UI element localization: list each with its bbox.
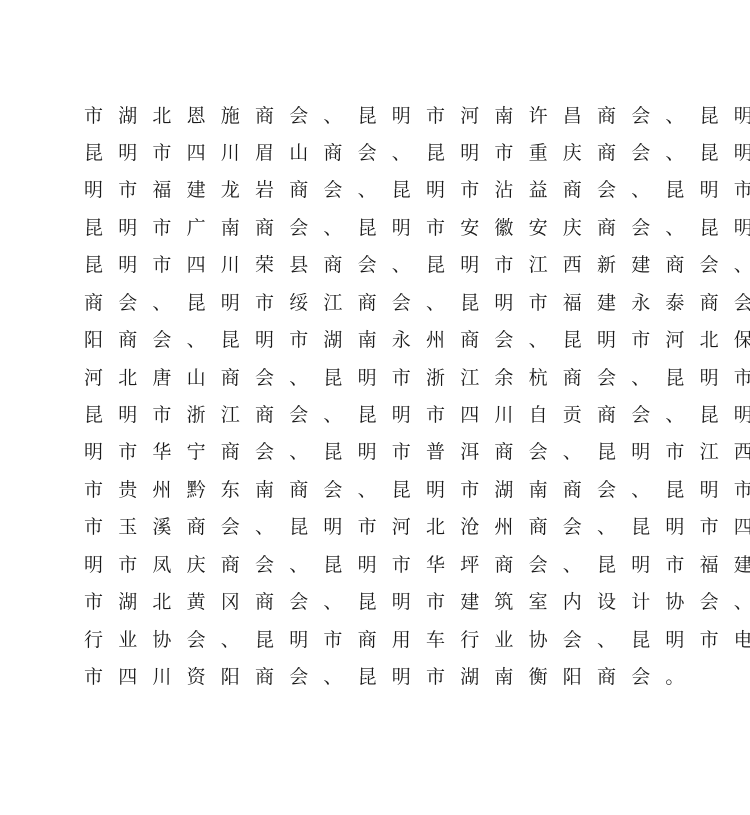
text-line: 明市福建龙岩商会、昆明市沾益商会、昆明市福建闽清商会、 (84, 178, 684, 202)
text-line: 市玉溪商会、昆明市河北沧州商会、昆明市四川岳池商会、昆 (84, 515, 684, 539)
text-line: 阳商会、昆明市湖南永州商会、昆明市河北保定商会、昆明市 (84, 328, 684, 352)
document-page: 市湖北恩施商会、昆明市河南许昌商会、昆明市重庆长寿商会、 昆明市四川眉山商会、昆… (0, 0, 750, 815)
text-line: 昆明市浙江商会、昆明市四川自贡商会、昆明市文山商会、昆 (84, 403, 684, 427)
text-line: 昆明市广南商会、昆明市安徽安庆商会、昆明市园林行业协会、 (84, 216, 684, 240)
text-line: 市四川资阳商会、昆明市湖南衡阳商会。 (84, 665, 684, 689)
text-line: 市贵州黔东南商会、昆明市湖南商会、昆明市双柏商会、昆明 (84, 478, 684, 502)
text-line: 行业协会、昆明市商用车行业协会、昆明市电动车协会、昆明 (84, 628, 684, 652)
text-line: 商会、昆明市绥江商会、昆明市福建永泰商会、昆明市四川简 (84, 291, 684, 315)
text-line: 昆明市四川荣县商会、昆明市江西新建商会、昆明市四川南部 (84, 253, 684, 277)
text-line: 市湖北黄冈商会、昆明市建筑室内设计协会、昆明市智能·家居 (84, 590, 684, 614)
text-line: 河北唐山商会、昆明市浙江余杭商会、昆明市重庆綦江商会、 (84, 366, 684, 390)
text-line: 市湖北恩施商会、昆明市河南许昌商会、昆明市重庆长寿商会、 (84, 104, 684, 128)
text-line: 明市华宁商会、昆明市普洱商会、昆明市江西高安商会、昆明 (84, 440, 684, 464)
text-line: 明市凤庆商会、昆明市华坪商会、昆明市福建荔城商会、昆明 (84, 553, 684, 577)
text-line: 昆明市四川眉山商会、昆明市重庆商会、昆明市盐津商会、昆 (84, 141, 684, 165)
